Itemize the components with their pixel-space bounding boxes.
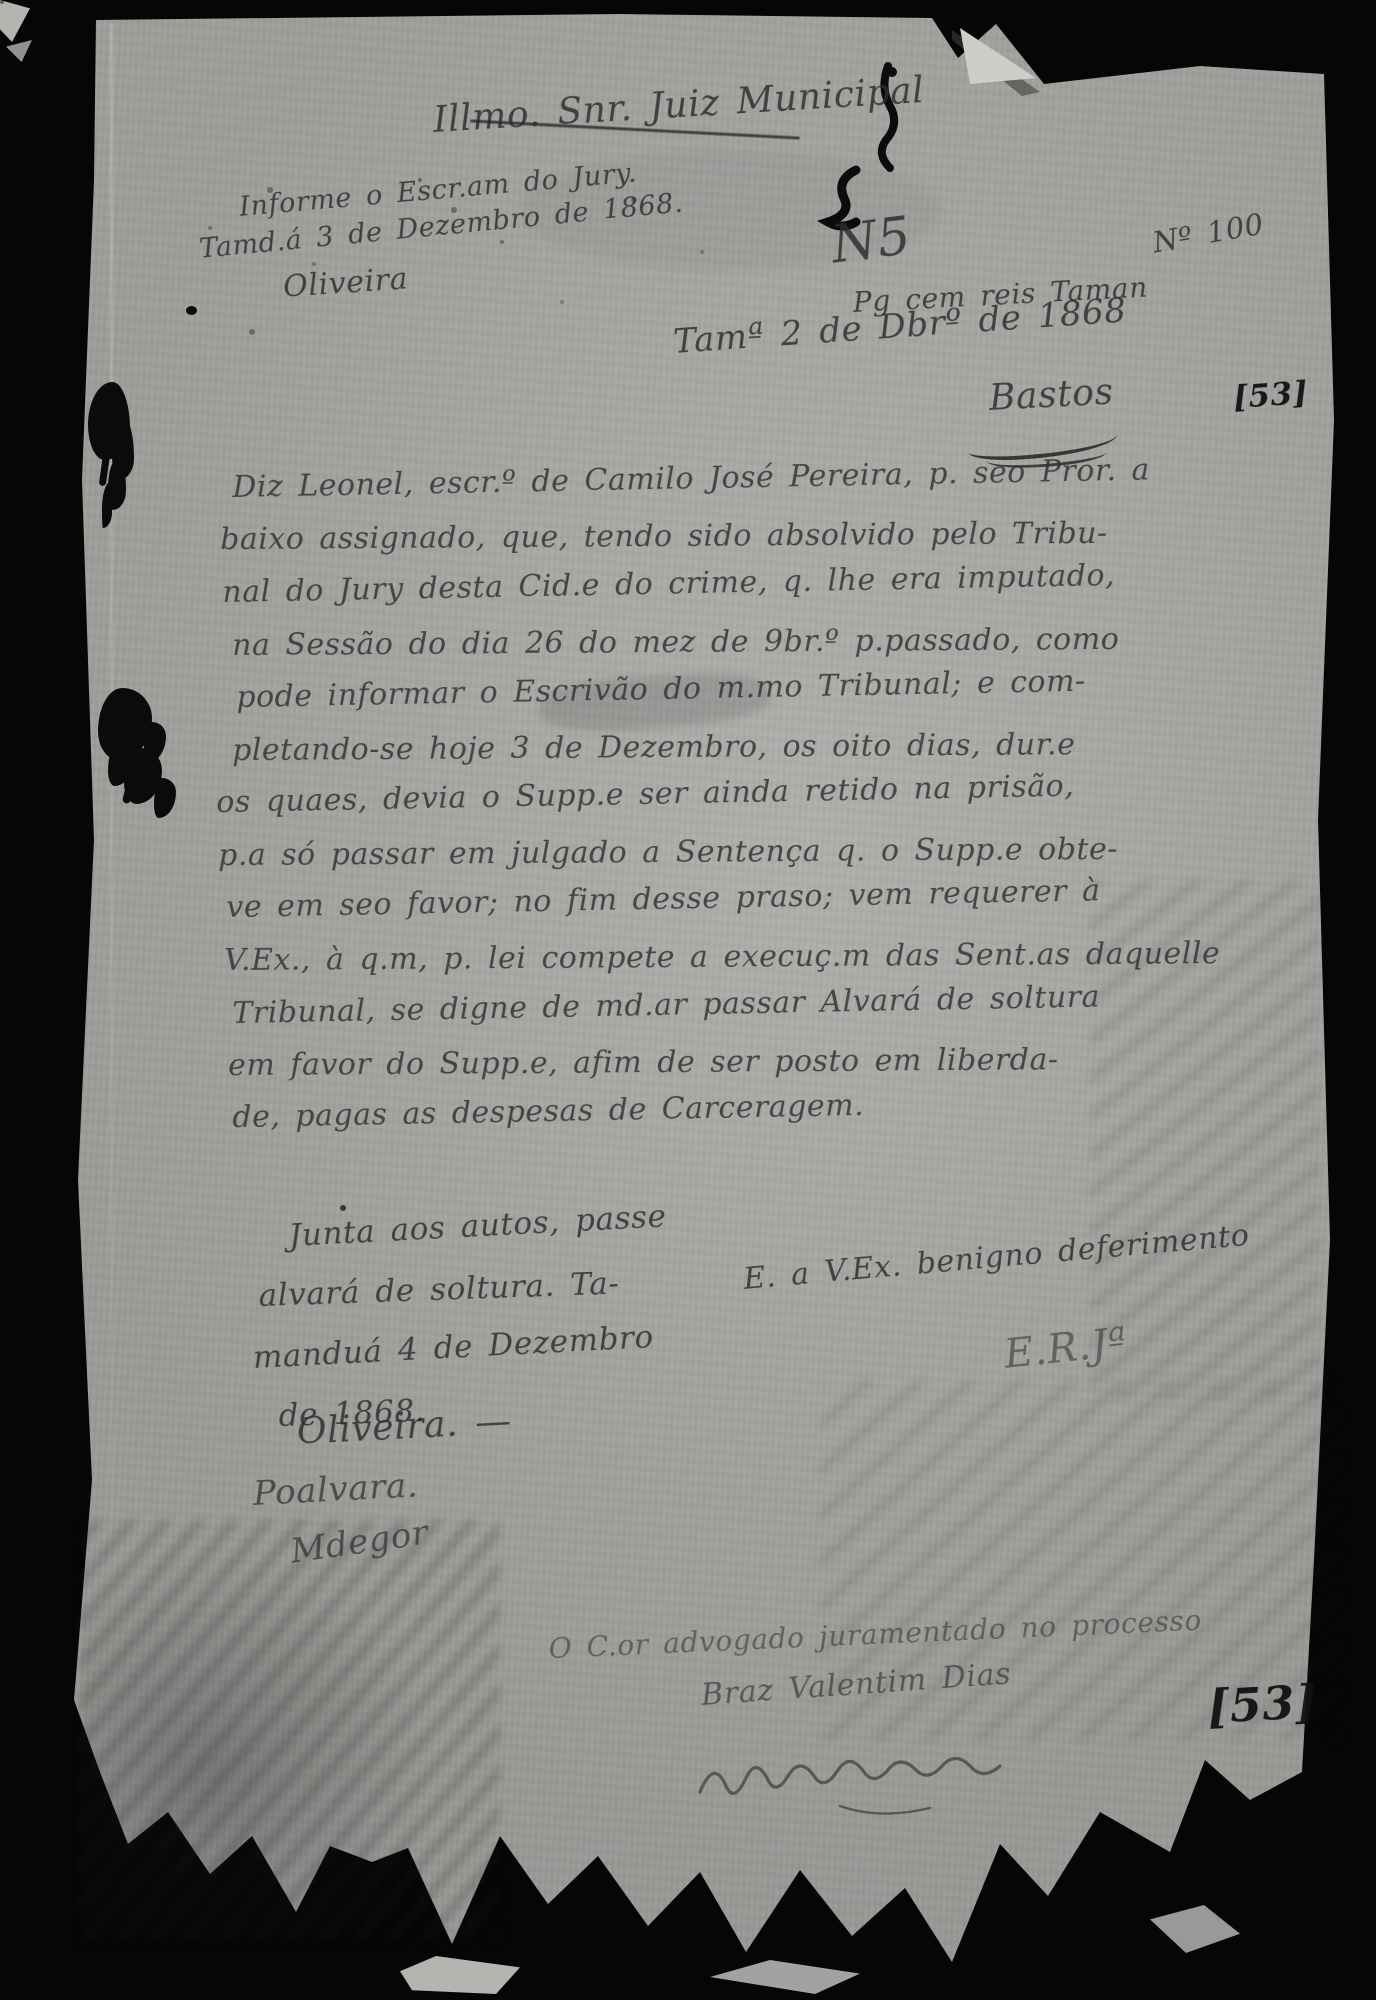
fold-crease xyxy=(110,24,113,1764)
petition-line: baixo assignado, que, tendo sido absolvi… xyxy=(220,516,1108,557)
folio-number: [53] xyxy=(1232,375,1309,416)
torn-paper-fragment xyxy=(6,40,32,62)
ink-dot xyxy=(340,1205,346,1211)
petition-line: pletando-se hoje 3 de Dezembro, os oito … xyxy=(232,727,1076,768)
petition-line: Tribunal, se digne de md.ar passar Alvar… xyxy=(232,979,1100,1031)
case-number-rubric: N5 xyxy=(828,206,915,275)
petition-line: nal do Jury desta Cid.e do crime, q. lhe… xyxy=(222,558,1115,610)
fee-signature: Bastos xyxy=(988,371,1115,418)
petition-body: Diz Leonel, escr.º de Camilo José Pereir… xyxy=(232,470,1072,1170)
petition-line: em favor do Supp.e, afim de ser posto em… xyxy=(228,1042,1059,1083)
signature-flourish xyxy=(690,1732,1030,1822)
ink-speckles xyxy=(0,0,4,4)
folio-number: [53] xyxy=(1206,1674,1319,1734)
petition-line: ve em seo favor; no fim desse praso; vem… xyxy=(226,873,1101,925)
ink-blot xyxy=(88,382,130,460)
petition-line: de, pagas as despesas de Carceragem. xyxy=(232,1088,864,1135)
petition-line: pode informar o Escrivão do m.mo Tribuna… xyxy=(236,664,1086,715)
petition-line: os quaes, devia o Supp.e ser ainda retid… xyxy=(216,769,1075,820)
torn-paper-fragment xyxy=(400,1956,520,1994)
scanned-manuscript-page: Illmo. Snr. Juiz Municipal Informe o Esc… xyxy=(0,0,1376,2000)
petition-line: p.a só passar em julgado a Sentença q. o… xyxy=(218,832,1118,873)
torn-paper-fragment xyxy=(1150,1905,1240,1953)
petition-line: V.Ex., à q.m, p. lei compete a execuç.m … xyxy=(224,936,1220,978)
ink-dot xyxy=(186,306,197,315)
petition-line: na Sessão do dia 26 do mez de 9br.º p.pa… xyxy=(232,622,1119,663)
torn-paper-fragment xyxy=(710,1960,860,1994)
torn-paper-fragment xyxy=(0,0,30,42)
